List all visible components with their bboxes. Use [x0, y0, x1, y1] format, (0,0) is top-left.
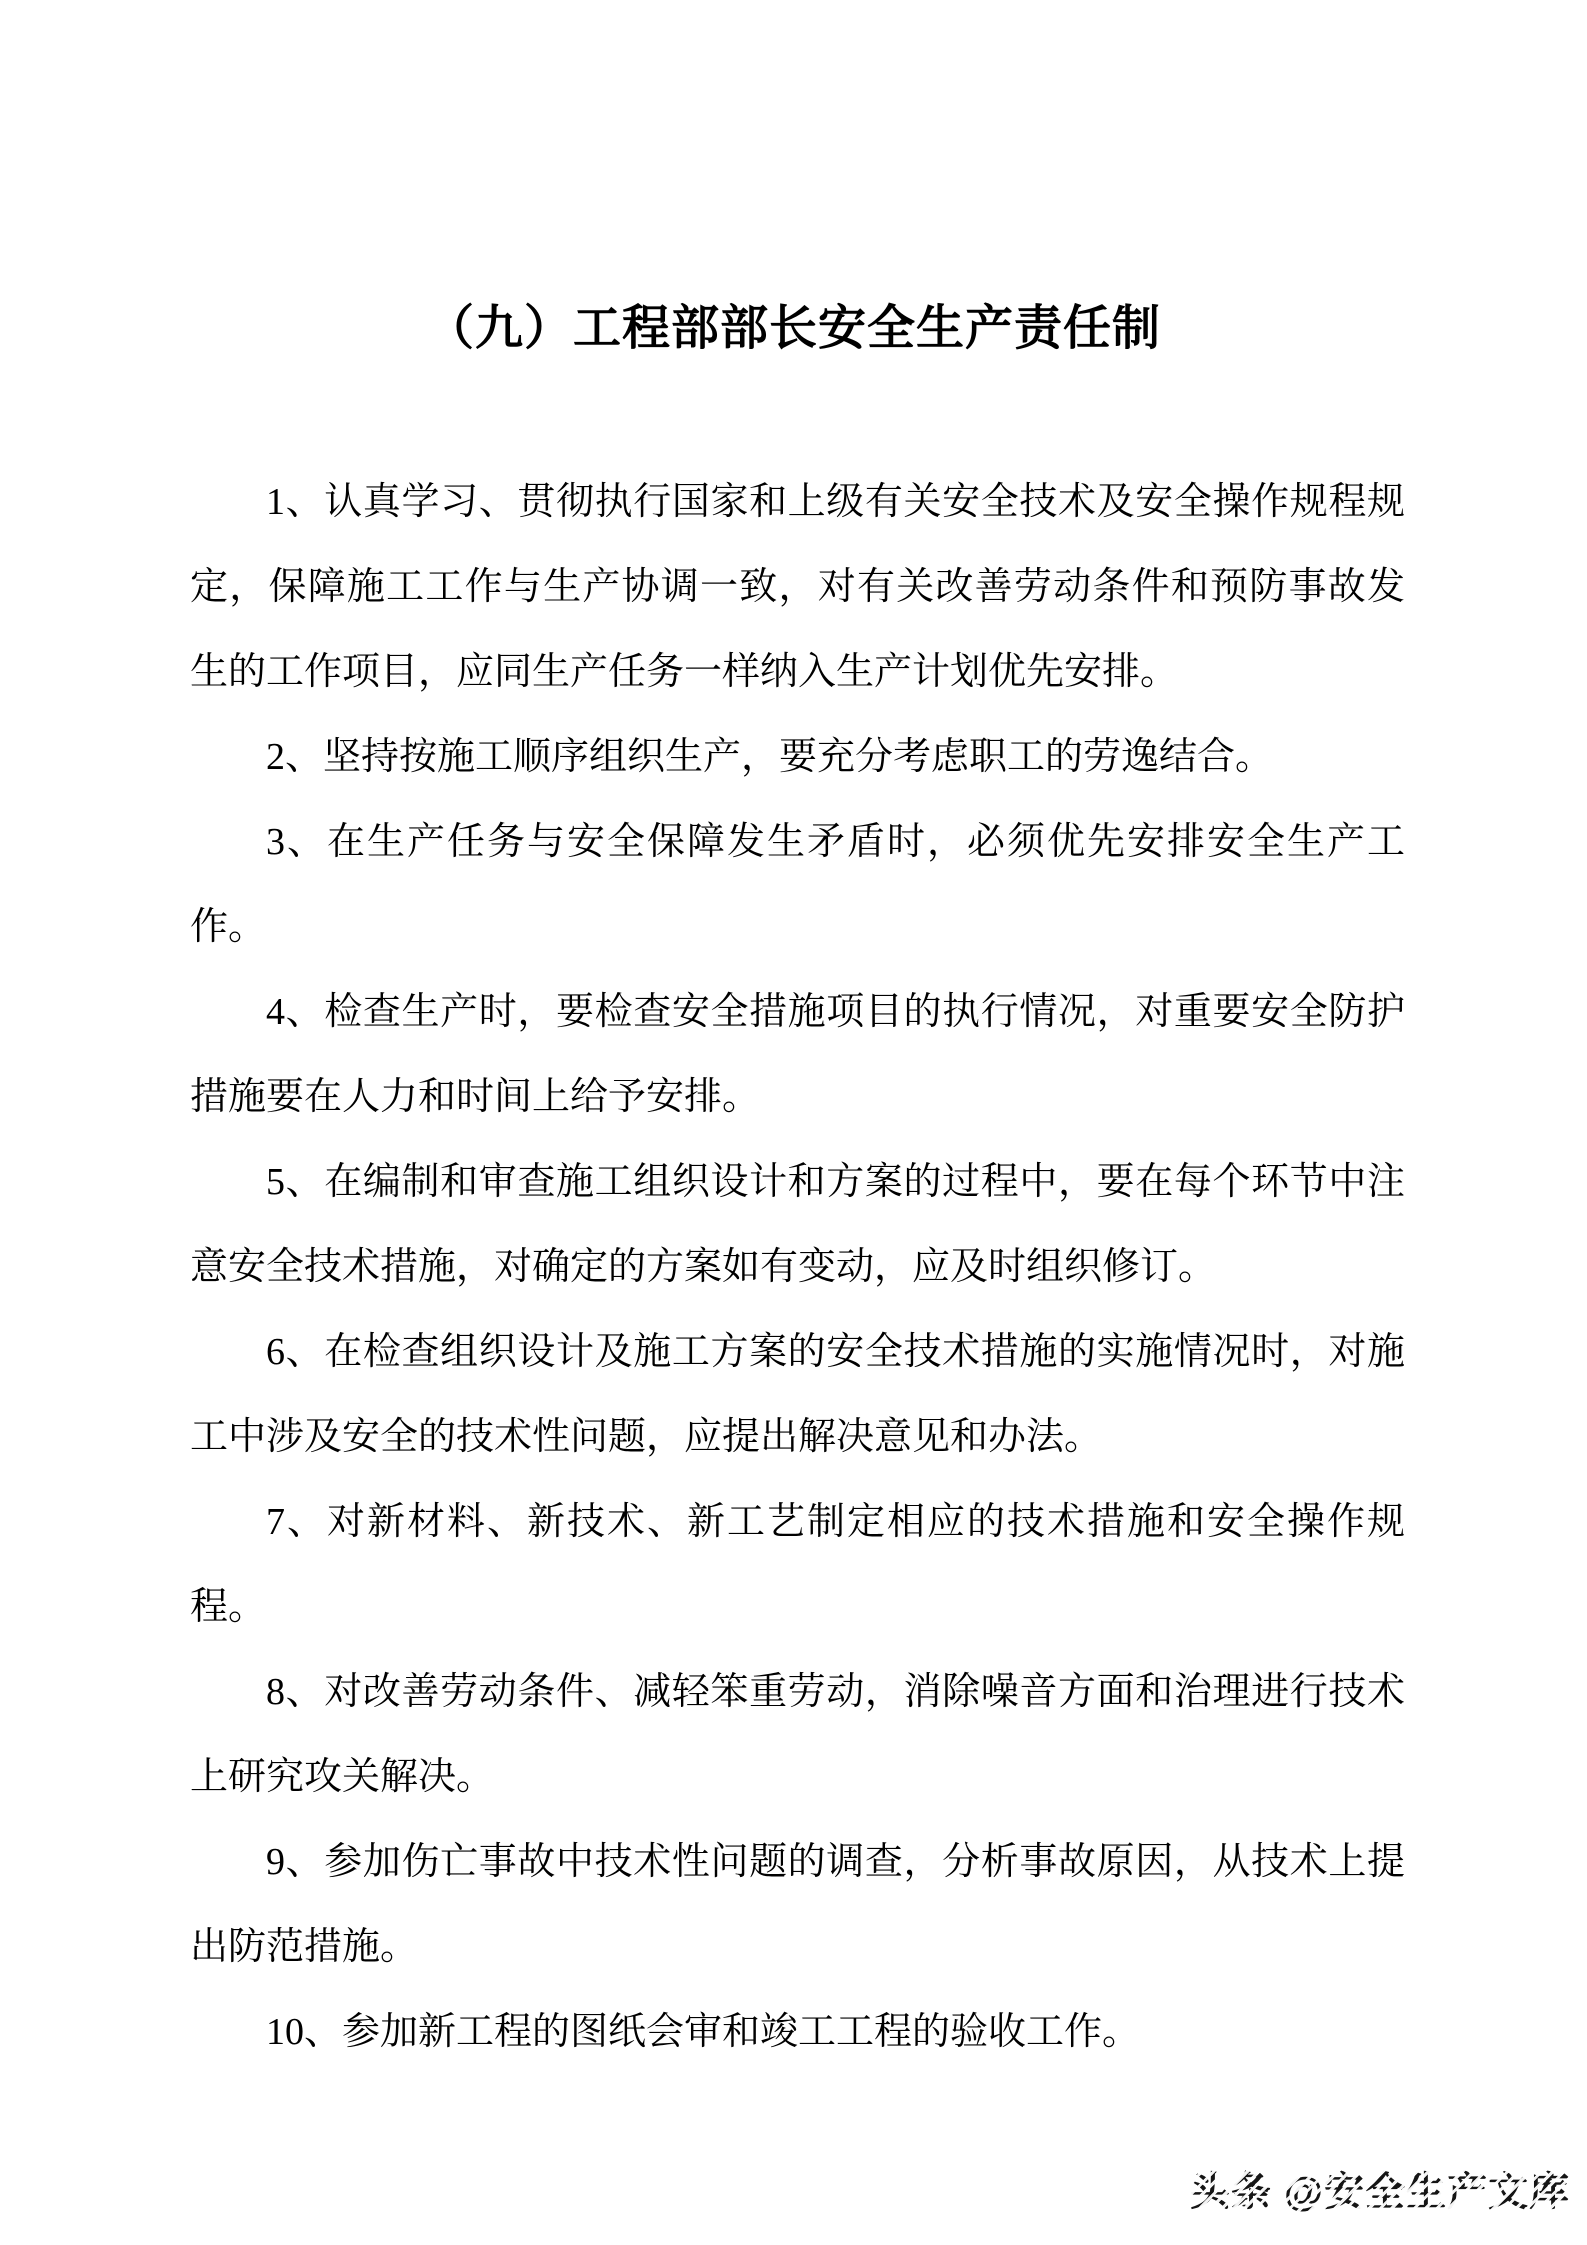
paragraph-4: 4、检查生产时，要检查安全措施项目的执行情况，对重要安全防护措施要在人力和时间上…	[190, 970, 1405, 1140]
paragraph-3: 3、在生产任务与安全保障发生矛盾时，必须优先安排安全生产工作。	[190, 800, 1405, 970]
paragraph-8: 8、对改善劳动条件、减轻笨重劳动，消除噪音方面和治理进行技术上研究攻关解决。	[190, 1650, 1405, 1820]
watermark: 头条 @安全生产文库	[1190, 2160, 1570, 2217]
paragraph-1: 1、认真学习、贯彻执行国家和上级有关安全技术及安全操作规程规定，保障施工工作与生…	[190, 460, 1405, 715]
paragraph-10: 10、参加新工程的图纸会审和竣工工程的验收工作。	[190, 1990, 1405, 2075]
page-title: （九）工程部部长安全生产责任制	[0, 300, 1587, 358]
paragraph-9: 9、参加伤亡事故中技术性问题的调查，分析事故原因，从技术上提出防范措施。	[190, 1820, 1405, 1990]
paragraph-6: 6、在检查组织设计及施工方案的安全技术措施的实施情况时，对施工中涉及安全的技术性…	[190, 1310, 1405, 1480]
document-page: （九）工程部部长安全生产责任制 1、认真学习、贯彻执行国家和上级有关安全技术及安…	[0, 0, 1587, 2245]
document-body: 1、认真学习、贯彻执行国家和上级有关安全技术及安全操作规程规定，保障施工工作与生…	[190, 460, 1405, 2075]
paragraph-5: 5、在编制和审查施工组织设计和方案的过程中，要在每个环节中注意安全技术措施，对确…	[190, 1140, 1405, 1310]
paragraph-7: 7、对新材料、新技术、新工艺制定相应的技术措施和安全操作规程。	[190, 1480, 1405, 1650]
paragraph-2: 2、坚持按施工顺序组织生产，要充分考虑职工的劳逸结合。	[190, 715, 1405, 800]
